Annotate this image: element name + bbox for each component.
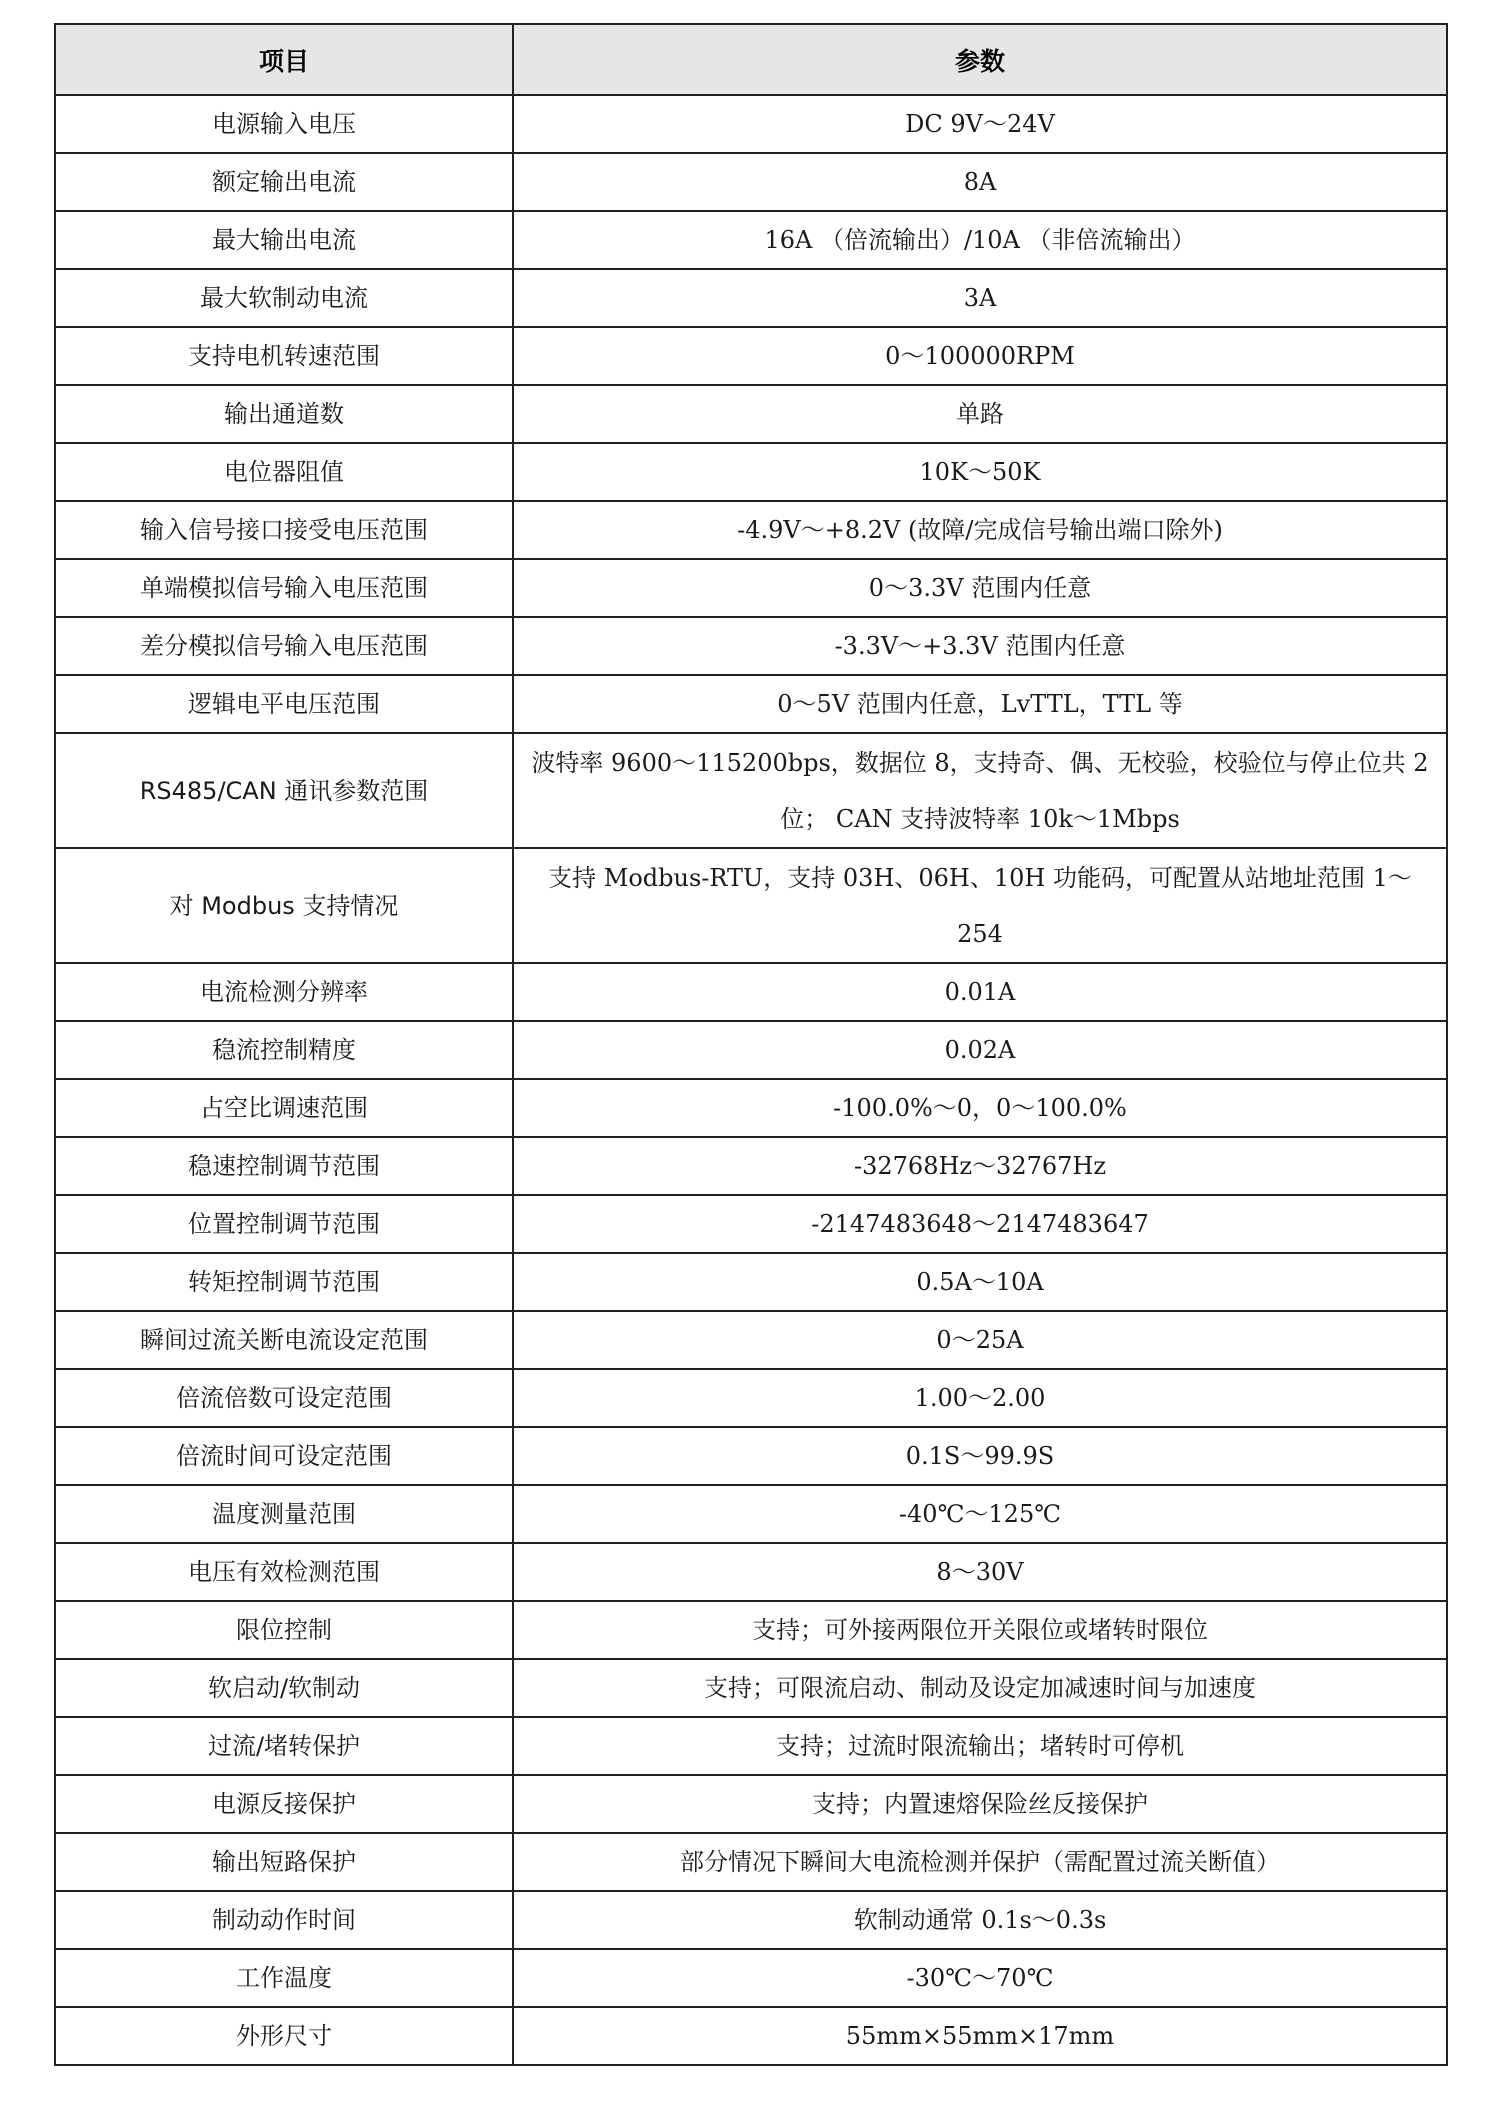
table-row: 转矩控制调节范围0.5A～10A — [55, 1253, 1447, 1311]
spec-item: 支持电机转速范围 — [55, 327, 513, 385]
table-row: 最大软制动电流3A — [55, 269, 1447, 327]
spec-item: 输出通道数 — [55, 385, 513, 443]
spec-item: 对 Modbus 支持情况 — [55, 848, 513, 963]
table-row: 软启动/软制动支持；可限流启动、制动及设定加减速时间与加速度 — [55, 1659, 1447, 1717]
spec-value: 0.1S～99.9S — [513, 1427, 1447, 1485]
spec-value: 3A — [513, 269, 1447, 327]
header-row: 项目 参数 — [55, 24, 1447, 95]
table-row: 电位器阻值10K～50K — [55, 443, 1447, 501]
table-row: 外形尺寸55mm×55mm×17mm — [55, 2007, 1447, 2065]
spec-value: 支持；可外接两限位开关限位或堵转时限位 — [513, 1601, 1447, 1659]
spec-value: -32768Hz～32767Hz — [513, 1137, 1447, 1195]
spec-item: 电源反接保护 — [55, 1775, 513, 1833]
table-row: 稳速控制调节范围-32768Hz～32767Hz — [55, 1137, 1447, 1195]
table-row: 电源输入电压DC 9V～24V — [55, 95, 1447, 153]
spec-value: 支持；内置速熔保险丝反接保护 — [513, 1775, 1447, 1833]
spec-value: 16A （倍流输出）/10A （非倍流输出） — [513, 211, 1447, 269]
table-row: 温度测量范围-40℃～125℃ — [55, 1485, 1447, 1543]
spec-item: 外形尺寸 — [55, 2007, 513, 2065]
table-row: 电源反接保护支持；内置速熔保险丝反接保护 — [55, 1775, 1447, 1833]
spec-table: 项目 参数 电源输入电压DC 9V～24V额定输出电流8A最大输出电流16A （… — [54, 23, 1448, 2066]
table-row: RS485/CAN 通讯参数范围波特率 9600～115200bps，数据位 8… — [55, 733, 1447, 848]
spec-value: 波特率 9600～115200bps，数据位 8，支持奇、偶、无校验，校验位与停… — [513, 733, 1447, 848]
spec-item: RS485/CAN 通讯参数范围 — [55, 733, 513, 848]
spec-item: 限位控制 — [55, 1601, 513, 1659]
header-item: 项目 — [55, 24, 513, 95]
spec-item: 工作温度 — [55, 1949, 513, 2007]
header-param: 参数 — [513, 24, 1447, 95]
table-row: 稳流控制精度0.02A — [55, 1021, 1447, 1079]
table-row: 位置控制调节范围-2147483648～2147483647 — [55, 1195, 1447, 1253]
spec-item: 制动动作时间 — [55, 1891, 513, 1949]
spec-item: 输入信号接口接受电压范围 — [55, 501, 513, 559]
spec-item: 最大软制动电流 — [55, 269, 513, 327]
table-row: 制动动作时间软制动通常 0.1s～0.3s — [55, 1891, 1447, 1949]
spec-value: -30℃～70℃ — [513, 1949, 1447, 2007]
table-row: 工作温度-30℃～70℃ — [55, 1949, 1447, 2007]
spec-value: 0.02A — [513, 1021, 1447, 1079]
table-row: 限位控制支持；可外接两限位开关限位或堵转时限位 — [55, 1601, 1447, 1659]
spec-value: 1.00～2.00 — [513, 1369, 1447, 1427]
spec-value: 0～25A — [513, 1311, 1447, 1369]
spec-item: 单端模拟信号输入电压范围 — [55, 559, 513, 617]
spec-item: 倍流倍数可设定范围 — [55, 1369, 513, 1427]
spec-item: 电压有效检测范围 — [55, 1543, 513, 1601]
spec-item: 稳速控制调节范围 — [55, 1137, 513, 1195]
table-row: 电流检测分辨率0.01A — [55, 963, 1447, 1021]
spec-item: 位置控制调节范围 — [55, 1195, 513, 1253]
table-row: 差分模拟信号输入电压范围-3.3V～+3.3V 范围内任意 — [55, 617, 1447, 675]
spec-value: 单路 — [513, 385, 1447, 443]
spec-item: 软启动/软制动 — [55, 1659, 513, 1717]
spec-value: 8A — [513, 153, 1447, 211]
spec-value: -40℃～125℃ — [513, 1485, 1447, 1543]
spec-item: 占空比调速范围 — [55, 1079, 513, 1137]
table-row: 电压有效检测范围8～30V — [55, 1543, 1447, 1601]
spec-value: -2147483648～2147483647 — [513, 1195, 1447, 1253]
spec-item: 倍流时间可设定范围 — [55, 1427, 513, 1485]
table-row: 输出通道数单路 — [55, 385, 1447, 443]
spec-value: 支持；可限流启动、制动及设定加减速时间与加速度 — [513, 1659, 1447, 1717]
table-row: 逻辑电平电压范围0～5V 范围内任意，LvTTL，TTL 等 — [55, 675, 1447, 733]
spec-item: 过流/堵转保护 — [55, 1717, 513, 1775]
spec-item: 温度测量范围 — [55, 1485, 513, 1543]
spec-value: 0～3.3V 范围内任意 — [513, 559, 1447, 617]
spec-value: 55mm×55mm×17mm — [513, 2007, 1447, 2065]
spec-item: 输出短路保护 — [55, 1833, 513, 1891]
table-row: 对 Modbus 支持情况支持 Modbus-RTU，支持 03H、06H、10… — [55, 848, 1447, 963]
spec-value: -4.9V～+8.2V (故障/完成信号输出端口除外) — [513, 501, 1447, 559]
spec-value: 0.5A～10A — [513, 1253, 1447, 1311]
table-row: 输入信号接口接受电压范围-4.9V～+8.2V (故障/完成信号输出端口除外) — [55, 501, 1447, 559]
table-row: 单端模拟信号输入电压范围0～3.3V 范围内任意 — [55, 559, 1447, 617]
spec-value: 8～30V — [513, 1543, 1447, 1601]
spec-item: 电流检测分辨率 — [55, 963, 513, 1021]
spec-item: 额定输出电流 — [55, 153, 513, 211]
spec-item: 瞬间过流关断电流设定范围 — [55, 1311, 513, 1369]
spec-value: 支持 Modbus-RTU，支持 03H、06H、10H 功能码，可配置从站地址… — [513, 848, 1447, 963]
spec-item: 稳流控制精度 — [55, 1021, 513, 1079]
spec-value: -100.0%～0，0～100.0% — [513, 1079, 1447, 1137]
table-row: 支持电机转速范围0～100000RPM — [55, 327, 1447, 385]
spec-item: 电源输入电压 — [55, 95, 513, 153]
table-row: 最大输出电流16A （倍流输出）/10A （非倍流输出） — [55, 211, 1447, 269]
spec-item: 差分模拟信号输入电压范围 — [55, 617, 513, 675]
spec-item: 电位器阻值 — [55, 443, 513, 501]
spec-value: -3.3V～+3.3V 范围内任意 — [513, 617, 1447, 675]
table-row: 过流/堵转保护支持；过流时限流输出；堵转时可停机 — [55, 1717, 1447, 1775]
spec-value: 0.01A — [513, 963, 1447, 1021]
spec-value: 部分情况下瞬间大电流检测并保护（需配置过流关断值） — [513, 1833, 1447, 1891]
spec-item: 逻辑电平电压范围 — [55, 675, 513, 733]
spec-item: 转矩控制调节范围 — [55, 1253, 513, 1311]
table-row: 输出短路保护部分情况下瞬间大电流检测并保护（需配置过流关断值） — [55, 1833, 1447, 1891]
spec-value: 软制动通常 0.1s～0.3s — [513, 1891, 1447, 1949]
table-row: 瞬间过流关断电流设定范围0～25A — [55, 1311, 1447, 1369]
spec-value: DC 9V～24V — [513, 95, 1447, 153]
table-row: 倍流时间可设定范围0.1S～99.9S — [55, 1427, 1447, 1485]
table-row: 占空比调速范围-100.0%～0，0～100.0% — [55, 1079, 1447, 1137]
table-row: 倍流倍数可设定范围1.00～2.00 — [55, 1369, 1447, 1427]
spec-value: 支持；过流时限流输出；堵转时可停机 — [513, 1717, 1447, 1775]
spec-value: 0～100000RPM — [513, 327, 1447, 385]
spec-value: 0～5V 范围内任意，LvTTL，TTL 等 — [513, 675, 1447, 733]
spec-value: 10K～50K — [513, 443, 1447, 501]
table-row: 额定输出电流8A — [55, 153, 1447, 211]
spec-item: 最大输出电流 — [55, 211, 513, 269]
